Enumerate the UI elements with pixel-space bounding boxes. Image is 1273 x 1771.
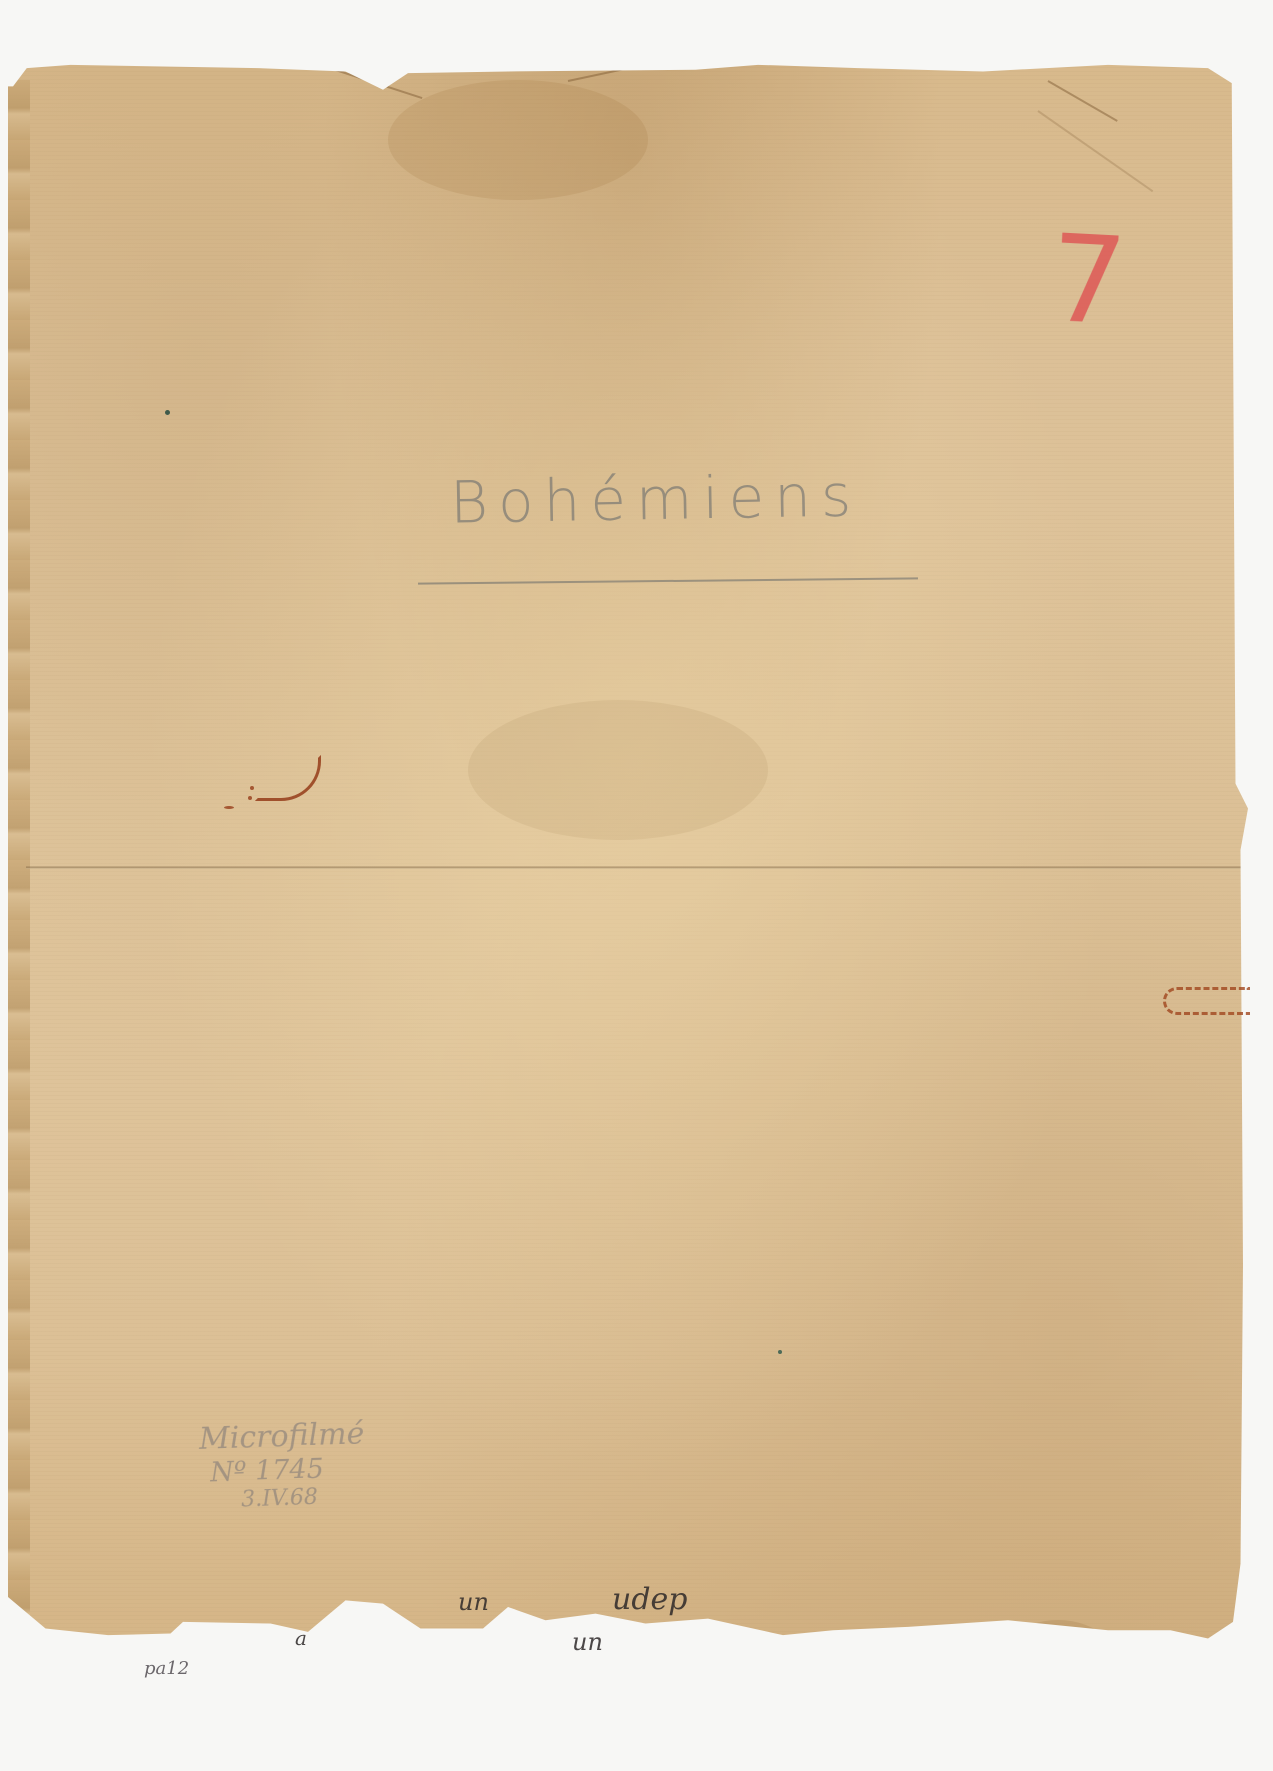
microfilm-note-line1: Microfilmé [198,1417,364,1457]
text-fragment: un [572,1628,603,1656]
microfilm-note: Microfilmé Nº 1745 3.IV.68 [198,1417,366,1514]
ink-speck [778,1350,782,1354]
rust-stain-dot [250,786,254,790]
paper-crack [1048,80,1118,122]
text-fragment: udep [612,1582,687,1617]
ink-speck [165,410,170,415]
stain [388,80,648,200]
microfilm-note-line3: 3.IV.68 [241,1483,367,1513]
rust-stain-dot [224,806,234,809]
stain [468,700,768,840]
scanned-document: Bohémiens 7 Microfilmé Nº 1745 3.IV.68 u… [0,0,1273,1771]
text-fragment: a [295,1626,307,1650]
folder-number: 7 [1047,220,1130,344]
paper-clip-rust-mark [1163,987,1250,1015]
rust-stain-dot [248,796,252,800]
paper-crack [308,60,423,99]
paper-crack [1037,110,1153,192]
folder-title: Bohémiens [449,461,861,536]
fold-crease [26,866,1248,869]
binding-edge [8,80,30,1640]
paper-crack [568,47,725,82]
text-fragment: un [458,1588,489,1616]
stain [988,1620,1128,1740]
text-fragment: pa12 [144,1658,189,1679]
